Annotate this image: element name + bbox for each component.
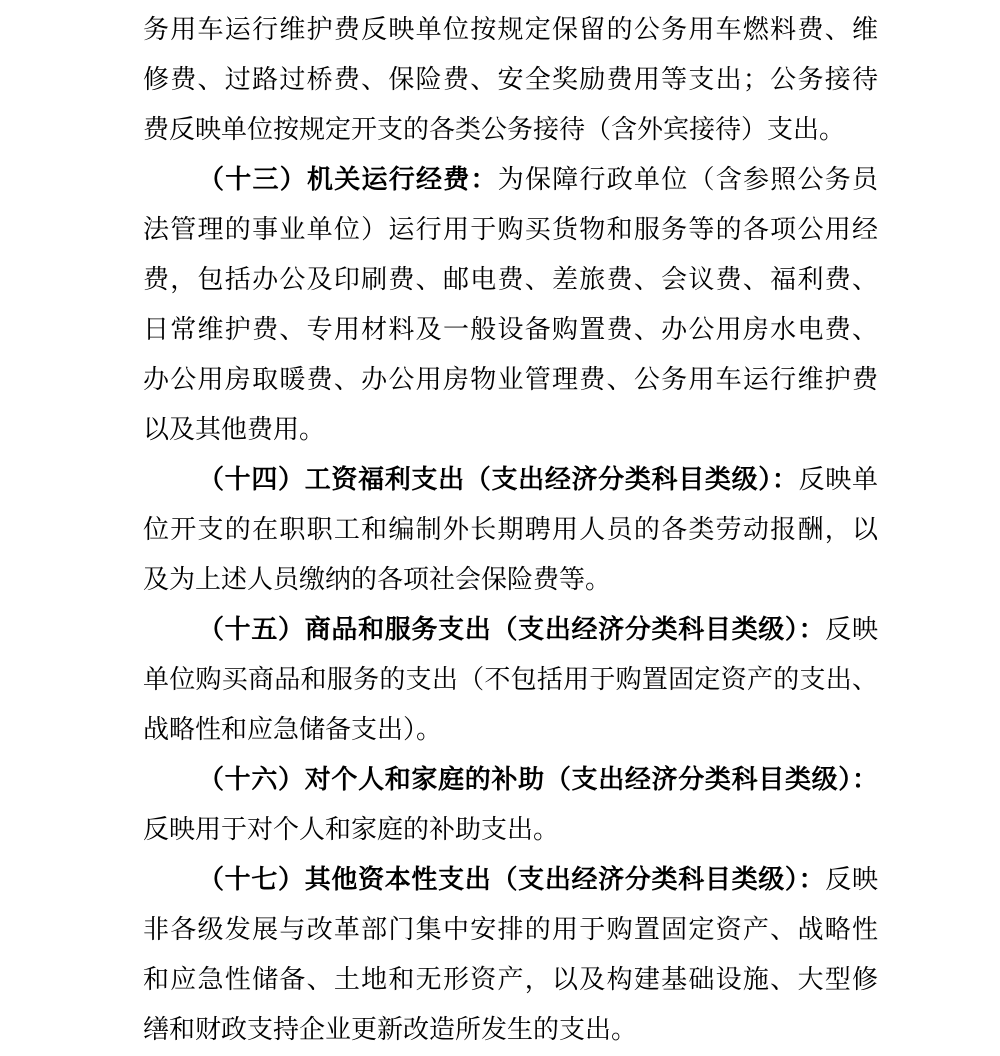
section-heading: （十四）工资福利支出（支出经济分类科目类级）： [198,465,799,494]
document-page: 务用车运行维护费反映单位按规定保留的公务用车燃料费、维 修费、过路过桥费、保险费… [0,0,1000,1055]
paragraph-line: （十六）对个人和家庭的补助（支出经济分类科目类级）： [143,755,878,805]
body-text: 修费、过路过桥费、保险费、安全奖励费用等支出；公务接待 [143,65,878,94]
paragraph-line: 缮和财政支持企业更新改造所发生的支出。 [143,1005,878,1055]
body-text: 务用车运行维护费反映单位按规定保留的公务用车燃料费、维 [143,15,878,44]
body-text: 位开支的在职职工和编制外长期聘用人员的各类劳动报酬，以 [143,515,878,544]
paragraph-line: 和应急性储备、土地和无形资产，以及构建基础设施、大型修 [143,955,878,1005]
paragraph-line: 反映用于对个人和家庭的补助支出。 [143,805,878,855]
paragraph-line: 办公用房取暖费、办公用房物业管理费、公务用车运行维护费 [143,355,878,405]
section-heading: （十五）商品和服务支出（支出经济分类科目类级）： [198,615,825,644]
body-text: 为保障行政单位（含参照公务员 [498,165,878,194]
section-heading: （十三）机关运行经费： [198,165,498,194]
body-text: 反映 [825,865,878,894]
body-text: 费反映单位按规定开支的各类公务接待（含外宾接待）支出。 [143,115,845,144]
body-text: 反映用于对个人和家庭的补助支出。 [143,815,559,844]
paragraph-line: 日常维护费、专用材料及一般设备购置费、办公用房水电费、 [143,305,878,355]
paragraph-line: 战略性和应急储备支出）。 [143,705,878,755]
paragraph-line: （十三）机关运行经费：为保障行政单位（含参照公务员 [143,155,878,205]
paragraph-line: 法管理的事业单位）运行用于购买货物和服务等的各项公用经 [143,205,878,255]
paragraph-line: 费，包括办公及印刷费、邮电费、差旅费、会议费、福利费、 [143,255,878,305]
section-heading: （十七）其他资本性支出（支出经济分类科目类级）： [198,865,825,894]
body-text: 非各级发展与改革部门集中安排的用于购置固定资产、战略性 [143,915,878,944]
body-text: 反映 [825,615,878,644]
paragraph-line: 修费、过路过桥费、保险费、安全奖励费用等支出；公务接待 [143,55,878,105]
body-text: 法管理的事业单位）运行用于购买货物和服务等的各项公用经 [143,215,878,244]
body-text: 以及其他费用。 [143,415,325,444]
body-text: 办公用房取暖费、办公用房物业管理费、公务用车运行维护费 [143,365,878,394]
body-text: 战略性和应急储备支出）。 [143,715,442,744]
body-text: 单位购买商品和服务的支出（不包括用于购置固定资产的支出、 [143,665,878,694]
paragraph-line: 及为上述人员缴纳的各项社会保险费等。 [143,555,878,605]
body-text: 和应急性储备、土地和无形资产，以及构建基础设施、大型修 [143,965,878,994]
paragraph-line: 非各级发展与改革部门集中安排的用于购置固定资产、战略性 [143,905,878,955]
paragraph-line: 务用车运行维护费反映单位按规定保留的公务用车燃料费、维 [143,5,878,55]
body-text: 缮和财政支持企业更新改造所发生的支出。 [143,1015,637,1044]
paragraph-line: 费反映单位按规定开支的各类公务接待（含外宾接待）支出。 [143,105,878,155]
body-text: 日常维护费、专用材料及一般设备购置费、办公用房水电费、 [143,315,878,344]
paragraph-line: （十五）商品和服务支出（支出经济分类科目类级）：反映 [143,605,878,655]
paragraph-line: 单位购买商品和服务的支出（不包括用于购置固定资产的支出、 [143,655,878,705]
paragraph-line: （十七）其他资本性支出（支出经济分类科目类级）：反映 [143,855,878,905]
body-text: 费，包括办公及印刷费、邮电费、差旅费、会议费、福利费、 [143,265,878,294]
body-text: 及为上述人员缴纳的各项社会保险费等。 [143,565,611,594]
body-text: 反映单 [799,465,878,494]
section-heading: （十六）对个人和家庭的补助（支出经济分类科目类级）： [198,765,878,794]
paragraph-line: 以及其他费用。 [143,405,878,455]
paragraph-line: （十四）工资福利支出（支出经济分类科目类级）：反映单 [143,455,878,505]
paragraph-line: 位开支的在职职工和编制外长期聘用人员的各类劳动报酬，以 [143,505,878,555]
